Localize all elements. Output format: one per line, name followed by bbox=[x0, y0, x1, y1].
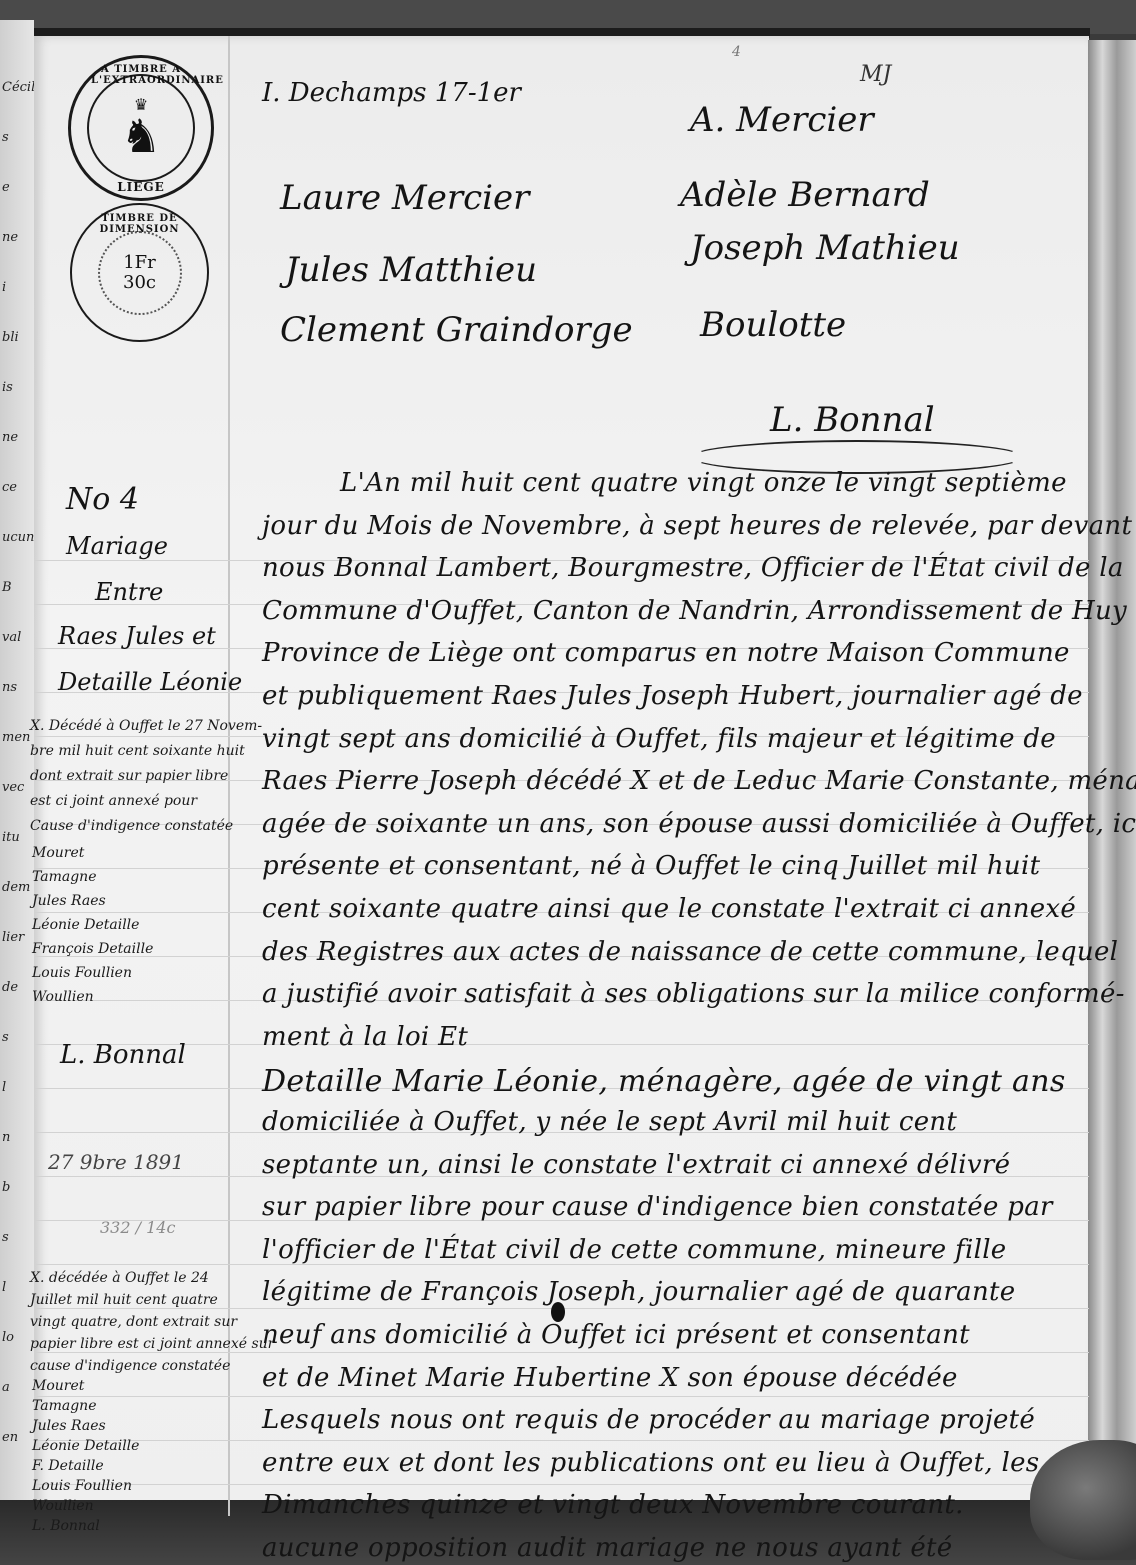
act-line: l'officier de l'État civil de cette comm… bbox=[262, 1235, 1007, 1265]
entry-number: No 4 bbox=[66, 482, 139, 517]
prev-page-fragment: l bbox=[2, 1280, 6, 1295]
margin-note-line: Jules Raes bbox=[32, 1418, 106, 1434]
prev-page-fragment: B bbox=[2, 580, 12, 595]
prev-page-fragment: s bbox=[2, 130, 9, 145]
margin-note-line: est ci joint annexé pour bbox=[30, 793, 197, 809]
act-line: Lesquels nous ont requis de procéder au … bbox=[262, 1405, 1035, 1435]
signature-bonnal: L. Bonnal bbox=[770, 400, 935, 440]
signature-clement-graindorge: Clement Graindorge bbox=[280, 310, 633, 350]
prev-page-fragment: e bbox=[2, 180, 10, 195]
margin-note-line: bre mil huit cent soixante huit bbox=[30, 743, 245, 759]
entry-entre: Entre bbox=[95, 578, 163, 606]
margin-date: 27 9bre 1891 bbox=[48, 1150, 184, 1174]
margin-note-line: Tamagne bbox=[32, 869, 96, 885]
act-line: Commune d'Ouffet, Canton de Nandrin, Arr… bbox=[262, 596, 1127, 626]
prev-page-fragment: lier bbox=[2, 930, 24, 945]
dimension-stamp: TIMBRE DE DIMENSION 1Fr 30c bbox=[70, 203, 209, 342]
margin-note-line: cause d'indigence constatée bbox=[30, 1358, 230, 1374]
act-line: Detaille Marie Léonie, ménagère, agée de… bbox=[262, 1064, 1066, 1099]
act-line: aucune opposition audit mariage ne nous … bbox=[262, 1533, 952, 1563]
prev-page-fragment: en bbox=[2, 1430, 18, 1445]
margin-note-line: vingt quatre, dont extrait sur bbox=[30, 1314, 237, 1330]
act-line: des Registres aux actes de naissance de … bbox=[262, 937, 1118, 967]
prev-page-fragment: men bbox=[2, 730, 30, 745]
act-line: légitime de François Joseph, journalier … bbox=[262, 1277, 1015, 1307]
prev-page-fragment: Cécile bbox=[2, 80, 34, 95]
margin-note-line: Louis Foullien bbox=[32, 1478, 132, 1494]
margin-note-line: Mouret bbox=[32, 1378, 84, 1394]
act-line: a justifié avoir satisfait à ses obligat… bbox=[262, 979, 1125, 1009]
prev-page-fragment: l bbox=[2, 1080, 6, 1095]
margin-note-line: Louis Foullien bbox=[32, 965, 132, 981]
act-line: et de Minet Marie Hubertine X son épouse… bbox=[262, 1363, 958, 1393]
margin-note-line: François Detaille bbox=[32, 941, 153, 957]
stamp-ring-text: A TIMBRE A L'EXTRAORDINAIRE bbox=[91, 64, 191, 86]
margin-note-line: dont extrait sur papier libre bbox=[30, 768, 228, 784]
act-line: ment à la loi Et bbox=[262, 1022, 468, 1052]
act-line: Province de Liège ont comparus en notre … bbox=[262, 638, 1070, 668]
act-line: entre eux et dont les publications ont e… bbox=[262, 1448, 1039, 1478]
signature-adele-bernard: Adèle Bernard bbox=[680, 175, 930, 215]
pencil-note: 332 / 14c bbox=[100, 1218, 175, 1237]
ruled-line bbox=[34, 1484, 1089, 1485]
act-line: sur papier libre pour cause d'indigence … bbox=[262, 1192, 1053, 1222]
margin-note-line: Juillet mil huit cent quatre bbox=[30, 1292, 218, 1308]
stamp-value-francs: 1Fr bbox=[123, 253, 156, 273]
prev-page-fragment: de bbox=[2, 980, 18, 995]
prev-page-fragment: s bbox=[2, 1230, 9, 1245]
prev-page-fragment: ne bbox=[2, 430, 18, 445]
act-line: septante un, ainsi le constate l'extrait… bbox=[262, 1150, 1010, 1180]
act-line: jour du Mois de Novembre, à sept heures … bbox=[262, 511, 1132, 541]
prev-page-fragment: i bbox=[2, 280, 6, 295]
margin-note-line: papier libre est ci joint annexé sur bbox=[30, 1336, 274, 1352]
prev-page-fragment: dem bbox=[2, 880, 30, 895]
entry-party-2: Detaille Léonie bbox=[58, 668, 242, 696]
page-number: 4 bbox=[732, 44, 741, 60]
act-line: vingt sept ans domicilié à Ouffet, fils … bbox=[262, 724, 1056, 754]
margin-note-line: Woullien bbox=[32, 989, 94, 1005]
margin-note-line: F. Detaille bbox=[32, 1458, 104, 1474]
margin-note-line: Léonie Detaille bbox=[32, 917, 139, 933]
stamp-inner-ring: ♛ ♞ bbox=[87, 74, 195, 182]
lion-icon: ♞ bbox=[120, 113, 161, 159]
margin-note-line: Jules Raes bbox=[32, 893, 106, 909]
prev-page-fragment: ns bbox=[2, 680, 17, 695]
prev-page-fragment: is bbox=[2, 380, 13, 395]
stamp-value-centimes: 30c bbox=[123, 273, 156, 293]
act-line: neuf ans domicilié à Ouffet ici présent … bbox=[262, 1320, 970, 1350]
act-line: nous Bonnal Lambert, Bourgmestre, Offici… bbox=[262, 553, 1124, 583]
prev-page-fragment: ce bbox=[2, 480, 17, 495]
signature-jules-matthieu: Jules Matthieu bbox=[285, 250, 537, 290]
act-line: Dimanches quinze et vingt deux Novembre … bbox=[262, 1490, 964, 1520]
act-line: présente et consentant, né à Ouffet le c… bbox=[262, 851, 1040, 881]
margin-note-line: Woullien bbox=[32, 1498, 94, 1514]
ruled-line bbox=[34, 1396, 1089, 1397]
margin-note-line: Cause d'indigence constatée bbox=[30, 818, 233, 834]
signature-dechamps: I. Dechamps 17-1er bbox=[262, 78, 521, 108]
prev-page-fragment: a bbox=[2, 1380, 10, 1395]
stamp-bottom-text: LIEGE bbox=[71, 180, 211, 194]
ruled-line bbox=[34, 1440, 1089, 1441]
prev-page-fragment: b bbox=[2, 1180, 10, 1195]
signature-laure-mercier: Laure Mercier bbox=[280, 178, 529, 218]
laurel-wreath-icon: 1Fr 30c bbox=[98, 231, 182, 315]
entry-party-1: Raes Jules et bbox=[58, 622, 216, 650]
ruled-line bbox=[34, 1044, 1089, 1045]
margin-note-line: Mouret bbox=[32, 845, 84, 861]
signature-boulotte: Boulotte bbox=[700, 305, 846, 345]
margin-note-line: X. décédée à Ouffet le 24 bbox=[30, 1270, 209, 1286]
act-line: L'An mil huit cent quatre vingt onze le … bbox=[340, 468, 1067, 498]
act-line: agée de soixante un ans, son épouse auss… bbox=[262, 809, 1136, 839]
ink-blot bbox=[551, 1302, 565, 1322]
margin-note-line: Léonie Detaille bbox=[32, 1438, 139, 1454]
prev-page-fragment: bli bbox=[2, 330, 19, 345]
extraordinary-stamp-liege: A TIMBRE A L'EXTRAORDINAIRE ♛ ♞ LIEGE bbox=[68, 55, 214, 201]
act-line: domiciliée à Ouffet, y née le sept Avril… bbox=[262, 1107, 957, 1137]
margin-note-line: Tamagne bbox=[32, 1398, 96, 1414]
act-line: cent soixante quatre ainsi que le consta… bbox=[262, 894, 1076, 924]
act-line: Raes Pierre Joseph décédé X et de Leduc … bbox=[262, 766, 1136, 796]
prev-page-fragment: lo bbox=[2, 1330, 14, 1345]
prev-page-fragment: vec bbox=[2, 780, 24, 795]
previous-page-edge: CécileseneibliisneceucunBvalnsmenvecitud… bbox=[0, 20, 34, 1500]
prev-page-fragment: ne bbox=[2, 230, 18, 245]
margin-note-line: X. Décédé à Ouffet le 27 Novem- bbox=[30, 718, 262, 734]
signature-joseph-mathieu: Joseph Mathieu bbox=[690, 228, 960, 268]
margin-note-line: L. Bonnal bbox=[32, 1518, 100, 1534]
margin-mayor-signature: L. Bonnal bbox=[60, 1040, 186, 1070]
prev-page-fragment: val bbox=[2, 630, 21, 645]
prev-page-fragment: s bbox=[2, 1030, 9, 1045]
stamp-ring-text: TIMBRE DE DIMENSION bbox=[82, 213, 197, 235]
prev-page-fragment: itu bbox=[2, 830, 20, 845]
initials-mark: MJ bbox=[860, 62, 891, 87]
prev-page-fragment: ucun bbox=[2, 530, 34, 545]
act-line: et publiquement Raes Jules Joseph Hubert… bbox=[262, 681, 1083, 711]
margin-rule bbox=[228, 36, 230, 1516]
ruled-line bbox=[34, 1352, 1089, 1353]
signature-mercier: A. Mercier bbox=[690, 100, 874, 140]
entry-title: Mariage bbox=[66, 532, 168, 560]
prev-page-fragment: n bbox=[2, 1130, 10, 1145]
